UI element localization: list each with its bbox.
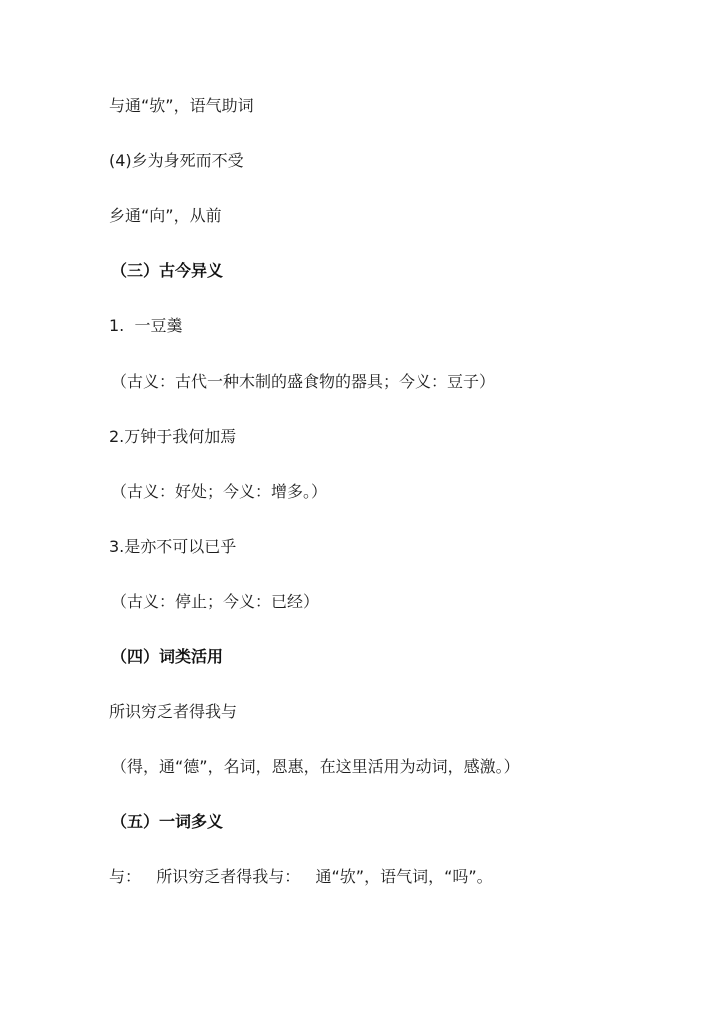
text-line-yu-polysemy: 与： 所识穷乏者得我与： 通“欤”，语气词，“吗”。 bbox=[109, 867, 493, 887]
note-line-item-2: （古义：好处；今义：增多。） bbox=[111, 482, 327, 502]
section-heading-gujin-yiyi: （三）古今异义 bbox=[111, 261, 223, 281]
text-line-item-1: 1. 一豆羹 bbox=[109, 316, 182, 336]
section-heading-cilei-huoyong: （四）词类活用 bbox=[111, 647, 223, 667]
text-line-suoshi: 所识穷乏者得我与 bbox=[109, 702, 237, 722]
note-line-item-1: （古义：古代一种木制的盛食物的器具；今义：豆子） bbox=[111, 372, 495, 392]
text-line-item-3: 3.是亦不可以已乎 bbox=[109, 537, 236, 557]
note-line-item-3: （古义：停止；今义：已经） bbox=[111, 592, 319, 612]
document-page: 与通“欤”，语气助词 (4)乡为身死而不受 乡通“向”，从前 （三）古今异义 1… bbox=[0, 0, 724, 1024]
text-line-example-4: (4)乡为身死而不受 bbox=[109, 151, 244, 171]
text-line-item-2: 2.万钟于我何加焉 bbox=[109, 427, 236, 447]
text-line-yu-tong-yu: 与通“欤”，语气助词 bbox=[109, 96, 254, 116]
text-line-xiang-tong-xiang: 乡通“向”，从前 bbox=[109, 206, 222, 226]
section-heading-yici-duoyi: （五）一词多义 bbox=[111, 812, 223, 832]
note-line-de: （得，通“德”，名词，恩惠，在这里活用为动词，感激。） bbox=[111, 757, 520, 777]
